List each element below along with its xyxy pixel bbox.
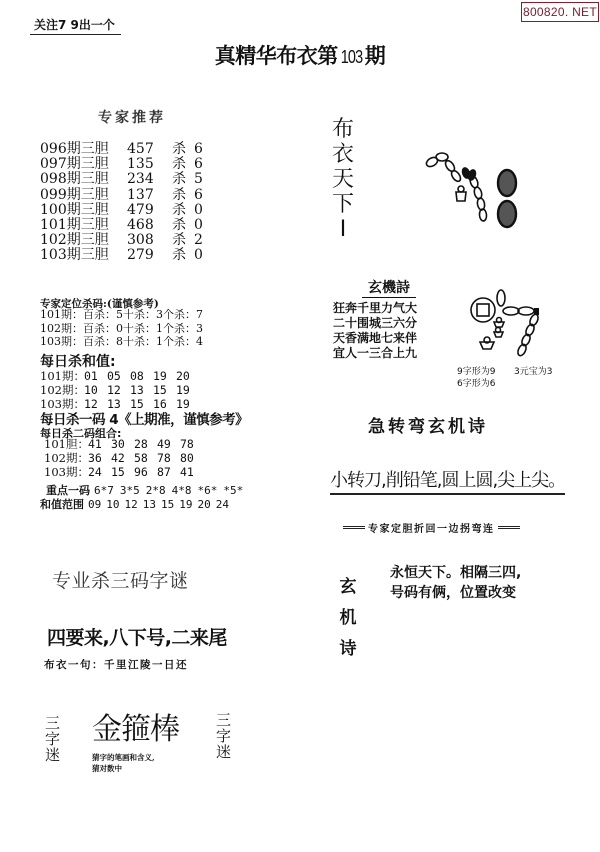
- row-digits: 279: [127, 248, 172, 263]
- range-item: 24: [216, 498, 229, 511]
- kill-two-row: 103期：2415968741: [44, 465, 203, 479]
- xuan-ji-shi-title: 玄機詩: [362, 277, 416, 298]
- title-prefix: 真精华布衣第: [215, 44, 338, 68]
- row-num: 30: [111, 437, 134, 451]
- vertical-char: 下: [328, 192, 358, 217]
- range-item: 09: [88, 498, 101, 511]
- row-digits: 457: [127, 142, 172, 157]
- expert-dan-text: 专家定胆折回一边拐弯连: [368, 520, 495, 535]
- row-kill: 2: [194, 233, 203, 248]
- row-issue: 100期三胆: [40, 203, 127, 218]
- row-num: 01: [84, 369, 107, 383]
- row-kill-label: 杀: [172, 248, 194, 263]
- row-kill-label: 杀: [172, 157, 194, 172]
- row-kill: 0: [194, 248, 203, 263]
- expert-dan-line: 专家定胆折回一边拐弯连: [340, 520, 523, 535]
- vertical-char: 布: [328, 117, 358, 142]
- xuan-ji-shi-poem: 狂奔千里力气大 二十围城三六分 天香满地七来伴 宜人一三合上九: [333, 301, 417, 361]
- row-label: 101期：: [40, 369, 84, 383]
- expert-recommend-list: 096期三胆457杀6 097期三胆135杀6 098期三胆234杀5 099期…: [40, 142, 203, 264]
- vertical-char: 诗: [337, 634, 359, 665]
- row-kill: 6: [194, 188, 203, 203]
- kill-two-row: 102期：3642587880: [44, 451, 203, 465]
- row-num: 36: [88, 451, 111, 465]
- row-num: 41: [88, 437, 111, 451]
- row-num: 08: [130, 369, 153, 383]
- sum-range-label: 和值范围: [40, 498, 84, 511]
- row-num: 19: [153, 369, 176, 383]
- divider: [498, 526, 520, 529]
- position-kill-row: 103期：百杀：8十杀：1个杀：4: [40, 335, 203, 349]
- vertical-char: 衣: [328, 142, 358, 167]
- row-num: 78: [157, 451, 180, 465]
- riddle-hint: 猜字的笔画和含义,猜对数中: [92, 752, 158, 774]
- row-issue: 096期三胆: [40, 142, 127, 157]
- row-kill-label: 杀: [172, 218, 194, 233]
- expert-row: 096期三胆457杀6: [40, 142, 203, 157]
- expert-row: 099期三胆137杀6: [40, 188, 203, 203]
- row-num: 42: [111, 451, 134, 465]
- xuanji-vertical-label: 玄 机 诗: [337, 572, 359, 665]
- title-issue: 103: [340, 47, 362, 68]
- page-title: 真精华布衣第103期: [0, 40, 600, 70]
- riddle-title: 专业杀三码字谜: [52, 566, 189, 593]
- row-kill: 0: [194, 218, 203, 233]
- title-suffix: 期: [365, 44, 386, 68]
- row-num: 12: [107, 383, 130, 397]
- range-item: 15: [161, 498, 174, 511]
- expert-row: 101期三胆468杀0: [40, 218, 203, 233]
- expert-row: 100期三胆479杀0: [40, 203, 203, 218]
- row-num: 15: [153, 383, 176, 397]
- riddle-sub: 布衣一句：千里江陵一日还: [44, 657, 188, 672]
- row-num: 05: [107, 369, 130, 383]
- row-issue: 099期三胆: [40, 188, 127, 203]
- row-num: 49: [157, 437, 180, 451]
- row-kill-label: 杀: [172, 188, 194, 203]
- sharp-turn-line: 小转刀,削铅笔,圆上圆,尖上尖。: [330, 466, 565, 495]
- row-kill-label: 杀: [172, 233, 194, 248]
- chain-coin-drawing-icon: [420, 140, 530, 230]
- row-kill-label: 杀: [172, 203, 194, 218]
- vertical-char: 天: [328, 167, 358, 192]
- row-digits: 135: [127, 157, 172, 172]
- row-label: 103期：: [44, 465, 88, 479]
- poem-line: 永恒天下。相隔三四,: [390, 563, 521, 583]
- kill-two-row: 101胆：4130284978: [44, 437, 203, 451]
- poem-line: 二十围城三六分: [333, 316, 417, 331]
- bu-yi-tian-xia-vertical: 布 衣 天 下 I: [328, 117, 358, 242]
- row-num: 41: [180, 465, 203, 479]
- row-digits: 137: [127, 188, 172, 203]
- position-kill-list: 101期：百杀：5十杀：3个杀：7 102期：百杀：0十杀：1个杀：3 103期…: [40, 308, 203, 349]
- daily-sum-kill-title: 每日杀和值:: [40, 351, 116, 371]
- shape-note-six: 6字形为6: [457, 376, 495, 389]
- expert-row: 098期三胆234杀5: [40, 172, 203, 187]
- row-digits: 468: [127, 218, 172, 233]
- poem-line: 狂奔千里力气大: [333, 301, 417, 316]
- row-issue: 098期三胆: [40, 172, 127, 187]
- row-num: 24: [88, 465, 111, 479]
- row-num: 96: [134, 465, 157, 479]
- expert-row: 103期三胆279杀0: [40, 248, 203, 263]
- row-kill: 6: [194, 142, 203, 157]
- riddle-main: 四要来,八下号,二来尾: [47, 623, 227, 650]
- riddle-word: 金箍棒: [92, 704, 179, 748]
- sum-kill-row: 101期：0105081920: [40, 369, 199, 383]
- three-char-riddle-label-left: 三字迷: [42, 715, 63, 763]
- row-num: 19: [176, 383, 199, 397]
- row-issue: 103期三胆: [40, 248, 127, 263]
- sharp-turn-title: 急转弯玄机诗: [368, 412, 488, 437]
- expert-recommend-title: 专家推荐: [98, 107, 166, 127]
- row-label: 102期：: [40, 383, 84, 397]
- row-issue: 101期三胆: [40, 218, 127, 233]
- follow-note: 关注7 9出一个: [30, 16, 121, 35]
- row-issue: 102期三胆: [40, 233, 127, 248]
- expert-row: 102期三胆308杀2: [40, 233, 203, 248]
- daily-kill-two-list: 101胆：4130284978 102期：3642587880 103期：241…: [44, 437, 203, 480]
- position-kill-row: 102期：百杀：0十杀：1个杀：3: [40, 322, 203, 336]
- position-kill-row: 101期：百杀：5十杀：3个杀：7: [40, 308, 203, 322]
- vertical-char: 机: [337, 603, 359, 634]
- row-kill-label: 杀: [172, 172, 194, 187]
- site-watermark: 800820. NET: [521, 2, 599, 22]
- row-num: 28: [134, 437, 157, 451]
- range-item: 13: [143, 498, 156, 511]
- row-num: 78: [180, 437, 203, 451]
- sum-range-row: 和值范围0910121315192024: [40, 496, 234, 512]
- range-item: 12: [125, 498, 138, 511]
- range-item: 19: [179, 498, 192, 511]
- daily-sum-kill-list: 101期：0105081920 102期：1012131519 103期：121…: [40, 369, 199, 411]
- row-num: 15: [111, 465, 134, 479]
- row-num: 10: [84, 383, 107, 397]
- poem-line: 天香满地七来伴: [333, 331, 417, 346]
- row-issue: 097期三胆: [40, 157, 127, 172]
- row-label: 101胆：: [44, 437, 88, 451]
- range-item: 10: [106, 498, 119, 511]
- coin-ingot-drawing-icon: [466, 288, 561, 358]
- poem-line: 宜人一三合上九: [333, 346, 417, 361]
- vertical-char: 玄: [337, 572, 359, 603]
- row-digits: 479: [127, 203, 172, 218]
- row-label: 102期：: [44, 451, 88, 465]
- vertical-char: I: [328, 217, 358, 242]
- poem-line: 号码有俩，位置改变: [390, 583, 521, 603]
- divider: [343, 526, 365, 529]
- row-kill: 6: [194, 157, 203, 172]
- three-char-riddle-label-right: 三字迷: [213, 712, 234, 760]
- row-kill: 0: [194, 203, 203, 218]
- expert-row: 097期三胆135杀6: [40, 157, 203, 172]
- row-num: 13: [130, 383, 153, 397]
- range-item: 20: [198, 498, 211, 511]
- row-num: 87: [157, 465, 180, 479]
- row-num: 20: [176, 369, 199, 383]
- row-digits: 234: [127, 172, 172, 187]
- row-digits: 308: [127, 233, 172, 248]
- row-num: 80: [180, 451, 203, 465]
- shape-note-three: 3元宝为3: [514, 364, 552, 377]
- row-kill: 5: [194, 172, 203, 187]
- xuanji-poem: 永恒天下。相隔三四, 号码有俩，位置改变: [390, 563, 521, 603]
- sum-kill-row: 102期：1012131519: [40, 383, 199, 397]
- row-kill-label: 杀: [172, 142, 194, 157]
- row-num: 58: [134, 451, 157, 465]
